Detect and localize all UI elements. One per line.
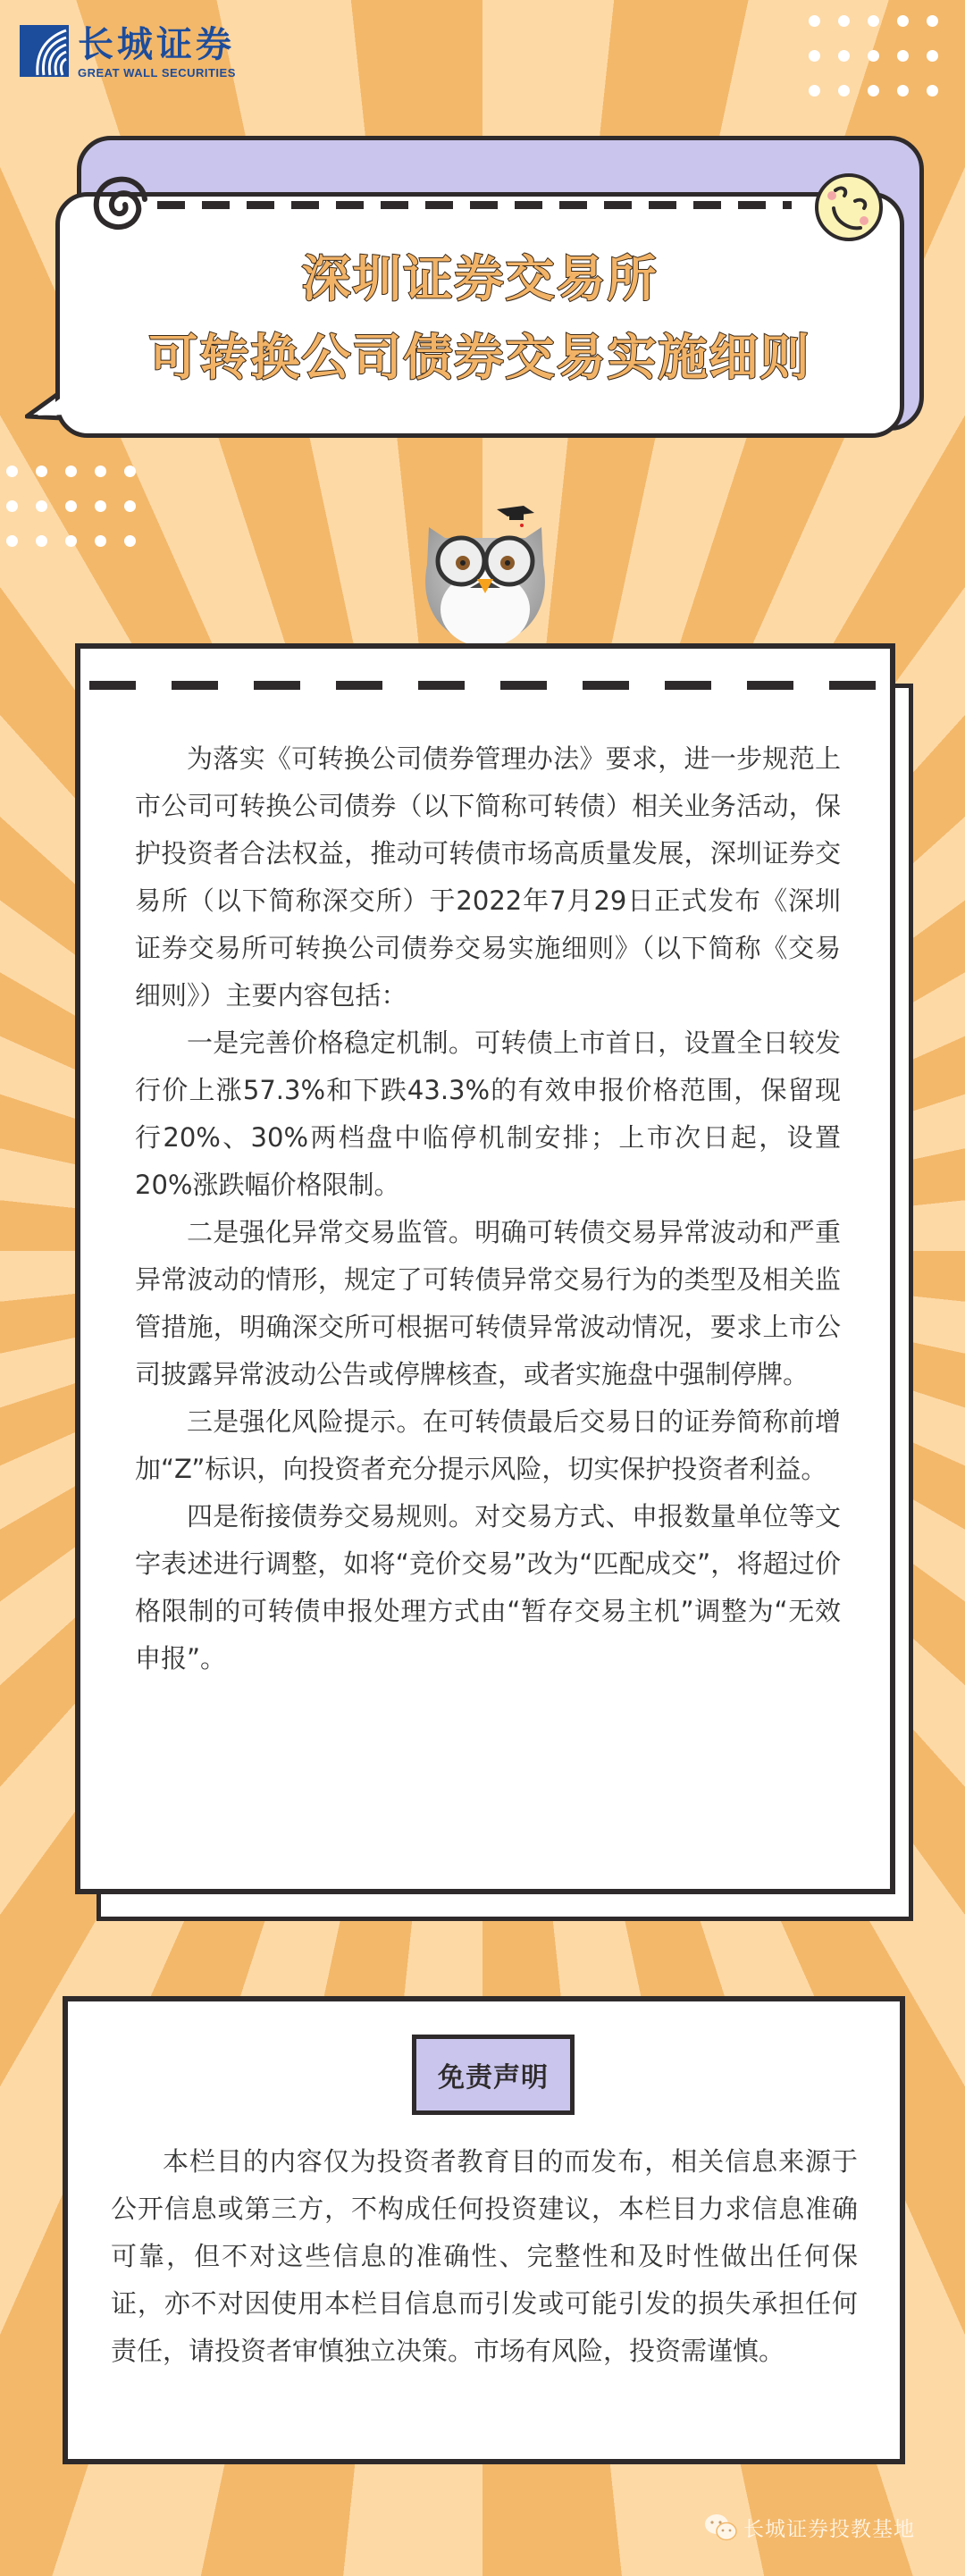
wechat-icon <box>704 2513 738 2542</box>
point-2-paragraph: 二是强化异常交易监管。明确可转债交易异常波动和严重异常波动的情形，规定了可转债异… <box>135 1209 841 1398</box>
point-4-paragraph: 四是衔接债券交易规则。对交易方式、申报数量单位等文字表述进行调整，如将“竞价交易… <box>135 1493 841 1682</box>
disclaimer-heading-badge: 免责声明 <box>412 2035 575 2115</box>
footer-watermark: 长城证券投教基地 <box>704 2513 915 2542</box>
great-wall-logo-icon <box>20 25 69 77</box>
brand-name-en: GREAT WALL SECURITIES <box>78 66 236 80</box>
page-title: 深圳证券交易所 可转换公司债券交易实施细则 <box>55 239 904 397</box>
content-dashed-line <box>89 681 881 690</box>
decorative-dots-top-right <box>809 15 939 96</box>
intro-paragraph: 为落实《可转换公司债券管理办法》要求，进一步规范上市公司可转换公司债券（以下简称… <box>135 735 841 1019</box>
brand-logo: 长城证券 GREAT WALL SECURITIES <box>20 25 236 80</box>
spiral-icon <box>89 174 148 233</box>
owl-with-glasses-and-graduation-cap-icon <box>409 502 561 645</box>
article-body: 为落实《可转换公司债券管理办法》要求，进一步规范上市公司可转换公司债券（以下简称… <box>135 735 841 1682</box>
footer-account-name: 长城证券投教基地 <box>743 2513 915 2542</box>
disclaimer-heading: 免责声明 <box>438 2055 549 2094</box>
smiley-face-icon <box>814 172 884 242</box>
decorative-dots-left <box>6 466 137 547</box>
disclaimer-body: 本栏目的内容仅为投资者教育目的而发布，相关信息来源于公开信息或第三方，不构成任何… <box>111 2138 858 2375</box>
point-1-paragraph: 一是完善价格稳定机制。可转债上市首日，设置全日较发行价上涨57.3%和下跌43.… <box>135 1019 841 1209</box>
title-dashed-line <box>157 201 792 209</box>
title-line-2: 可转换公司债券交易实施细则 <box>55 318 904 397</box>
brand-name-cn: 长城证券 <box>78 25 236 64</box>
point-3-paragraph: 三是强化风险提示。在可转债最后交易日的证券简称前增加“Z”标识，向投资者充分提示… <box>135 1398 841 1493</box>
disclaimer-paragraph: 本栏目的内容仅为投资者教育目的而发布，相关信息来源于公开信息或第三方，不构成任何… <box>111 2138 858 2375</box>
title-line-1: 深圳证券交易所 <box>55 239 904 318</box>
